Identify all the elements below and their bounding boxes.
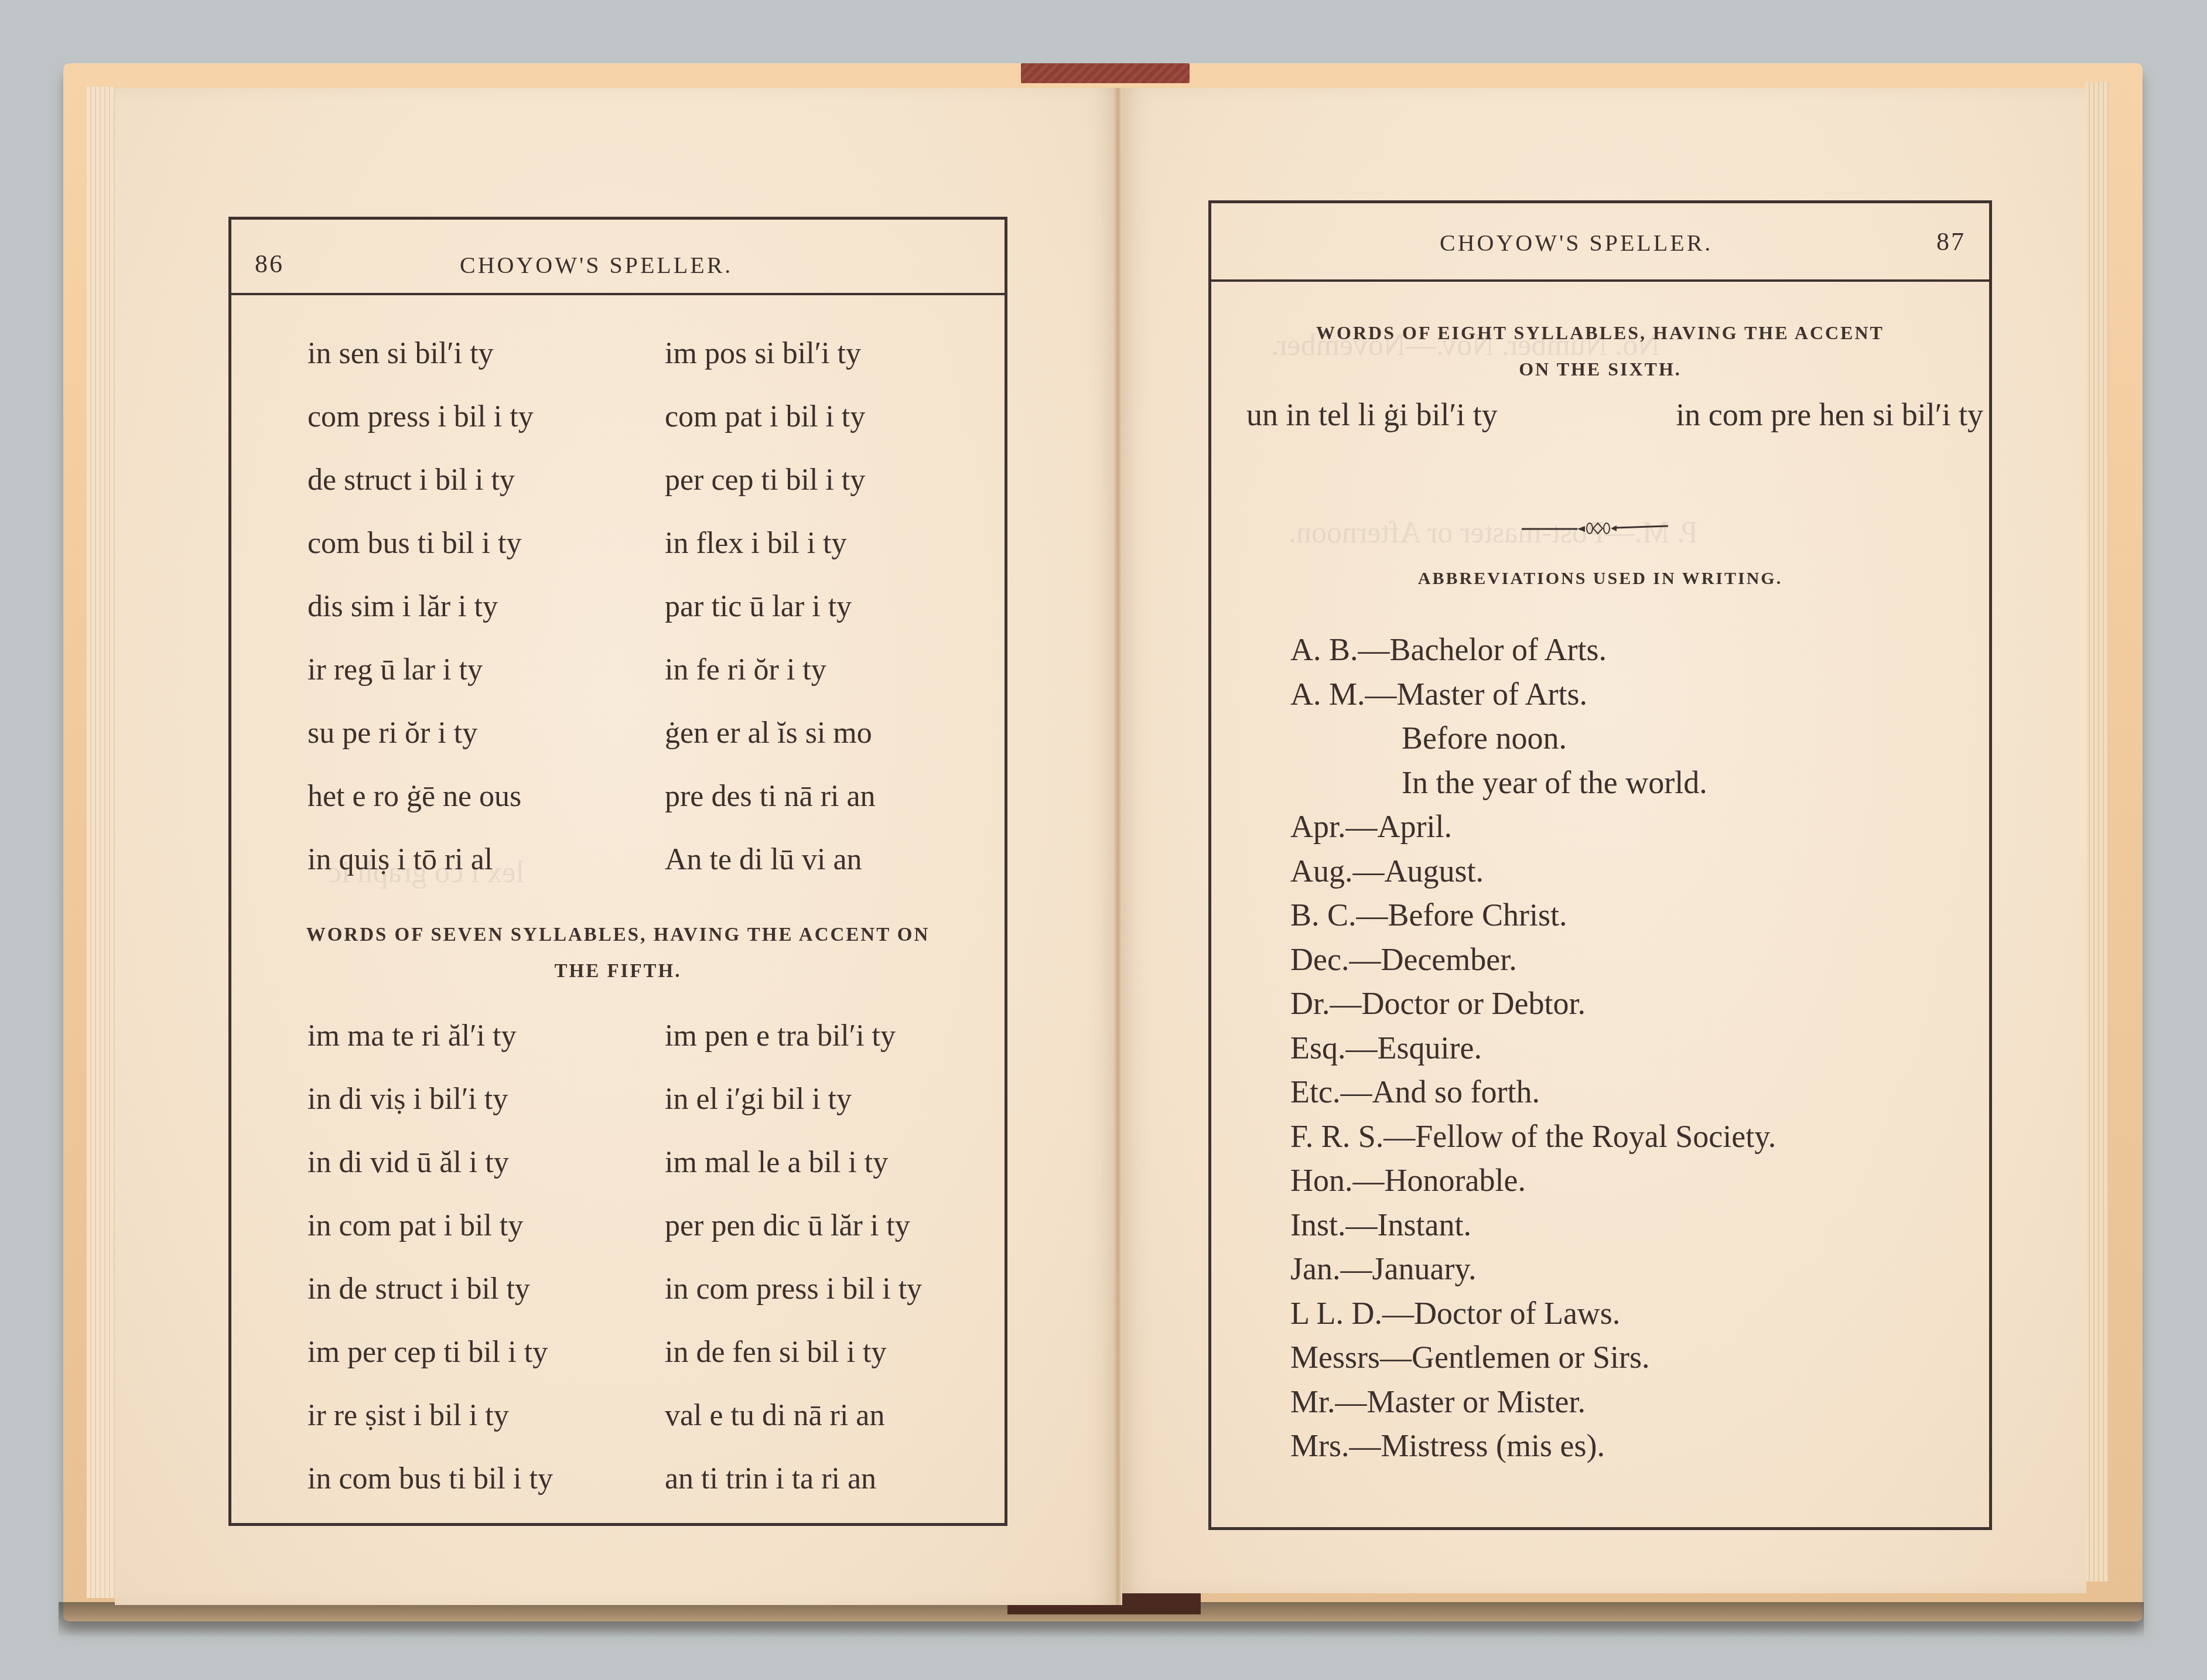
word-left: ir reg ū lar i ty xyxy=(308,638,665,702)
abbreviation-item: L L. D.—Doctor of Laws. xyxy=(1290,1292,1776,1336)
book-gutter xyxy=(1114,88,1122,1605)
word-right: im pen e tra bil′i ty xyxy=(665,1005,999,1068)
word-left: im per cep ti bil i ty xyxy=(308,1321,665,1384)
abbreviation-item: F. R. S.—Fellow of the Royal Society. xyxy=(1290,1115,1776,1159)
heading-line: WORDS OF EIGHT SYLLABLES, HAVING THE ACC… xyxy=(1211,315,1989,351)
page-stack-edge-right xyxy=(2085,82,2109,1582)
heading-line: THE FIFTH. xyxy=(231,953,1005,989)
abbreviation-item: A. B.—Bachelor of Arts. xyxy=(1290,628,1776,672)
running-title: CHOYOW'S SPELLER. xyxy=(460,251,733,279)
running-title: CHOYOW'S SPELLER. xyxy=(1440,229,1713,257)
word-left: im ma te ri ăl′i ty xyxy=(308,1005,665,1068)
word-left: in sen si bil′i ty xyxy=(308,322,665,385)
word-left: in com bus ti bil i ty xyxy=(308,1447,665,1511)
word-right: in el i′gi bil i ty xyxy=(665,1068,999,1131)
ornament-divider-icon xyxy=(1522,520,1668,537)
abbreviation-item: In the year of the world. xyxy=(1290,761,1776,805)
page-stack-edge-left xyxy=(87,87,115,1598)
header-rule xyxy=(1211,279,1989,282)
heading-line: ON THE SIXTH. xyxy=(1211,351,1989,387)
word-left: com press i bil i ty xyxy=(308,385,665,449)
right-page-frame: CHOYOW'S SPELLER. 87 WORDS OF EIGHT SYLL… xyxy=(1208,200,1992,1530)
abbreviation-item: Aug.—August. xyxy=(1290,849,1776,894)
section-heading-eight-syllables: WORDS OF EIGHT SYLLABLES, HAVING THE ACC… xyxy=(1211,315,1989,387)
word-left: in di vid ū ăl i ty xyxy=(308,1131,665,1194)
word-left: in quiṣ i tō ri al xyxy=(308,828,665,892)
word-right: An te di lū vi an xyxy=(665,828,999,892)
word-right: per cep ti bil i ty xyxy=(665,449,999,512)
word-right: im pos si bil′i ty xyxy=(665,322,999,385)
word-right: par tic ū lar i ty xyxy=(665,575,999,638)
word-right: in fe ri ŏr i ty xyxy=(665,638,999,702)
word-left: su pe ri ŏr i ty xyxy=(308,702,665,765)
abbreviation-item: Jan.—January. xyxy=(1290,1247,1776,1292)
spine-top-binding xyxy=(1021,63,1190,83)
word-right: com pat i bil i ty xyxy=(665,385,999,449)
word-left: com bus ti bil i ty xyxy=(308,512,665,575)
abbreviation-item: Dec.—December. xyxy=(1290,938,1776,982)
abbreviation-list: A. B.—Bachelor of Arts.A. M.—Master of A… xyxy=(1290,628,1776,1469)
abbreviation-item: Apr.—April. xyxy=(1290,805,1776,849)
page-number: 86 xyxy=(255,249,284,279)
abbreviation-item: Mrs.—Mistress (mis es). xyxy=(1290,1424,1776,1469)
word-right: per pen dic ū lăr i ty xyxy=(665,1194,999,1258)
word-left: het e ro ġē ne ous xyxy=(308,765,665,828)
word-right: pre des ti nā ri an xyxy=(665,765,999,828)
word-right: in flex i bil i ty xyxy=(665,512,999,575)
abbreviation-item: Messrs—Gentlemen or Sirs. xyxy=(1290,1336,1776,1380)
header-rule xyxy=(231,293,1005,295)
abbreviations-heading: ABBREVIATIONS USED IN WRITING. xyxy=(1211,561,1989,597)
abbreviation-item: Before noon. xyxy=(1290,716,1776,761)
abbreviation-item: Hon.—Honorable. xyxy=(1290,1159,1776,1203)
word-left: ir re ṣist i bil i ty xyxy=(308,1384,665,1447)
abbreviation-item: Inst.—Instant. xyxy=(1290,1203,1776,1248)
seven-syllable-word-list: im ma te ri ăl′i tyim pen e tra bil′i ty… xyxy=(308,1005,999,1511)
abbreviation-item: B. C.—Before Christ. xyxy=(1290,893,1776,938)
word: in com pre hen si bil′i ty xyxy=(1676,397,1983,433)
word-right: an ti trin i ta ri an xyxy=(665,1447,999,1511)
heading-line: WORDS OF SEVEN SYLLABLES, HAVING THE ACC… xyxy=(231,917,1005,953)
right-running-head: CHOYOW'S SPELLER. 87 xyxy=(1211,215,1989,268)
left-running-head: 86 CHOYOW'S SPELLER. xyxy=(231,243,1005,296)
left-page-frame: 86 CHOYOW'S SPELLER. in sen si bil′i tyi… xyxy=(228,217,1007,1526)
abbreviation-item: Etc.—And so forth. xyxy=(1290,1070,1776,1115)
word-left: in de struct i bil ty xyxy=(308,1258,665,1321)
abbreviation-item: Dr.—Doctor or Debtor. xyxy=(1290,982,1776,1026)
section-heading-seven-syllables: WORDS OF SEVEN SYLLABLES, HAVING THE ACC… xyxy=(231,917,1005,989)
abbreviation-item: Mr.—Master or Mister. xyxy=(1290,1380,1776,1425)
six-syllable-word-list: in sen si bil′i tyim pos si bil′i tycom … xyxy=(308,322,999,892)
eight-syllable-word-list: un in tel li ġi bil′i ty in com pre hen … xyxy=(1246,397,1983,433)
page-number: 87 xyxy=(1936,227,1966,257)
word-right: ġen er al ĭs si mo xyxy=(665,702,999,765)
word-right: in com press i bil i ty xyxy=(665,1258,999,1321)
abbreviation-item: A. M.—Master of Arts. xyxy=(1290,672,1776,717)
word-right: val e tu di nā ri an xyxy=(665,1384,999,1447)
word-left: in di viṣ i bil′i ty xyxy=(308,1068,665,1131)
word: un in tel li ġi bil′i ty xyxy=(1246,397,1498,433)
word-left: dis sim i lăr i ty xyxy=(308,575,665,638)
word-right: in de fen si bil i ty xyxy=(665,1321,999,1384)
word-left: in com pat i bil ty xyxy=(308,1194,665,1258)
word-right: im mal le a bil i ty xyxy=(665,1131,999,1194)
word-left: de struct i bil i ty xyxy=(308,449,665,512)
abbreviation-item: Esq.—Esquire. xyxy=(1290,1026,1776,1071)
